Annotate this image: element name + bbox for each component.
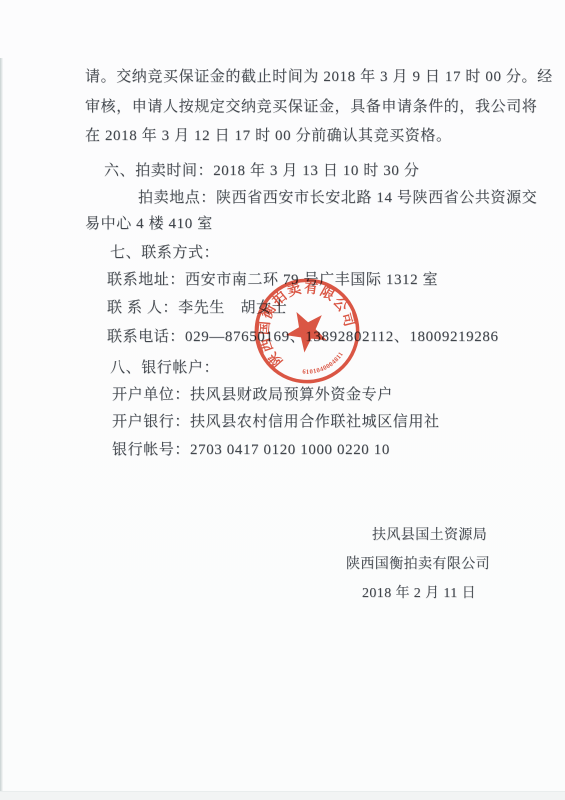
body-paragraph-line: 审核，申请人按规定交纳竞买保证金，具备申请条件的，我公司将: [85, 98, 537, 117]
company-seal-stamp: 陕西国衡拍卖有限公司 6101040004811: [245, 269, 369, 393]
body-paragraph-line: 在 2018 年 3 月 12 日 17 时 00 分前确认其竞买资格。: [85, 127, 452, 146]
auction-place-line-continued: 易中心 4 楼 410 室: [85, 215, 213, 234]
bank-name-line: 开户银行：扶风县农村信用合作联社城区信用社: [112, 413, 440, 432]
signature-org-2: 陕西国衡拍卖有限公司: [346, 555, 490, 574]
auction-time-line: 六、拍卖时间：2018 年 3 月 13 日 10 时 30 分: [104, 162, 419, 181]
auction-place-line: 拍卖地点：陕西省西安市长安北路 14 号陕西省公共资源交: [138, 189, 537, 208]
contact-section-heading: 七、联系方式：: [110, 244, 219, 263]
scan-shadow-left: [0, 58, 3, 800]
bank-account-line: 银行帐号：2703 0417 0120 1000 0220 10: [112, 441, 390, 460]
signature-org-1: 扶风县国土资源局: [372, 526, 487, 545]
signature-date: 2018 年 2 月 11 日: [362, 584, 476, 603]
body-paragraph-line: 请。交纳竞买保证金的截止时间为 2018 年 3 月 9 日 17 时 00 分…: [85, 68, 553, 87]
scan-shadow-bottom: [0, 791, 565, 800]
scanned-document-page: 请。交纳竞买保证金的截止时间为 2018 年 3 月 9 日 17 时 00 分…: [0, 0, 565, 800]
bank-section-heading: 八、银行帐户：: [110, 359, 219, 378]
seal-star-icon: [278, 302, 333, 356]
